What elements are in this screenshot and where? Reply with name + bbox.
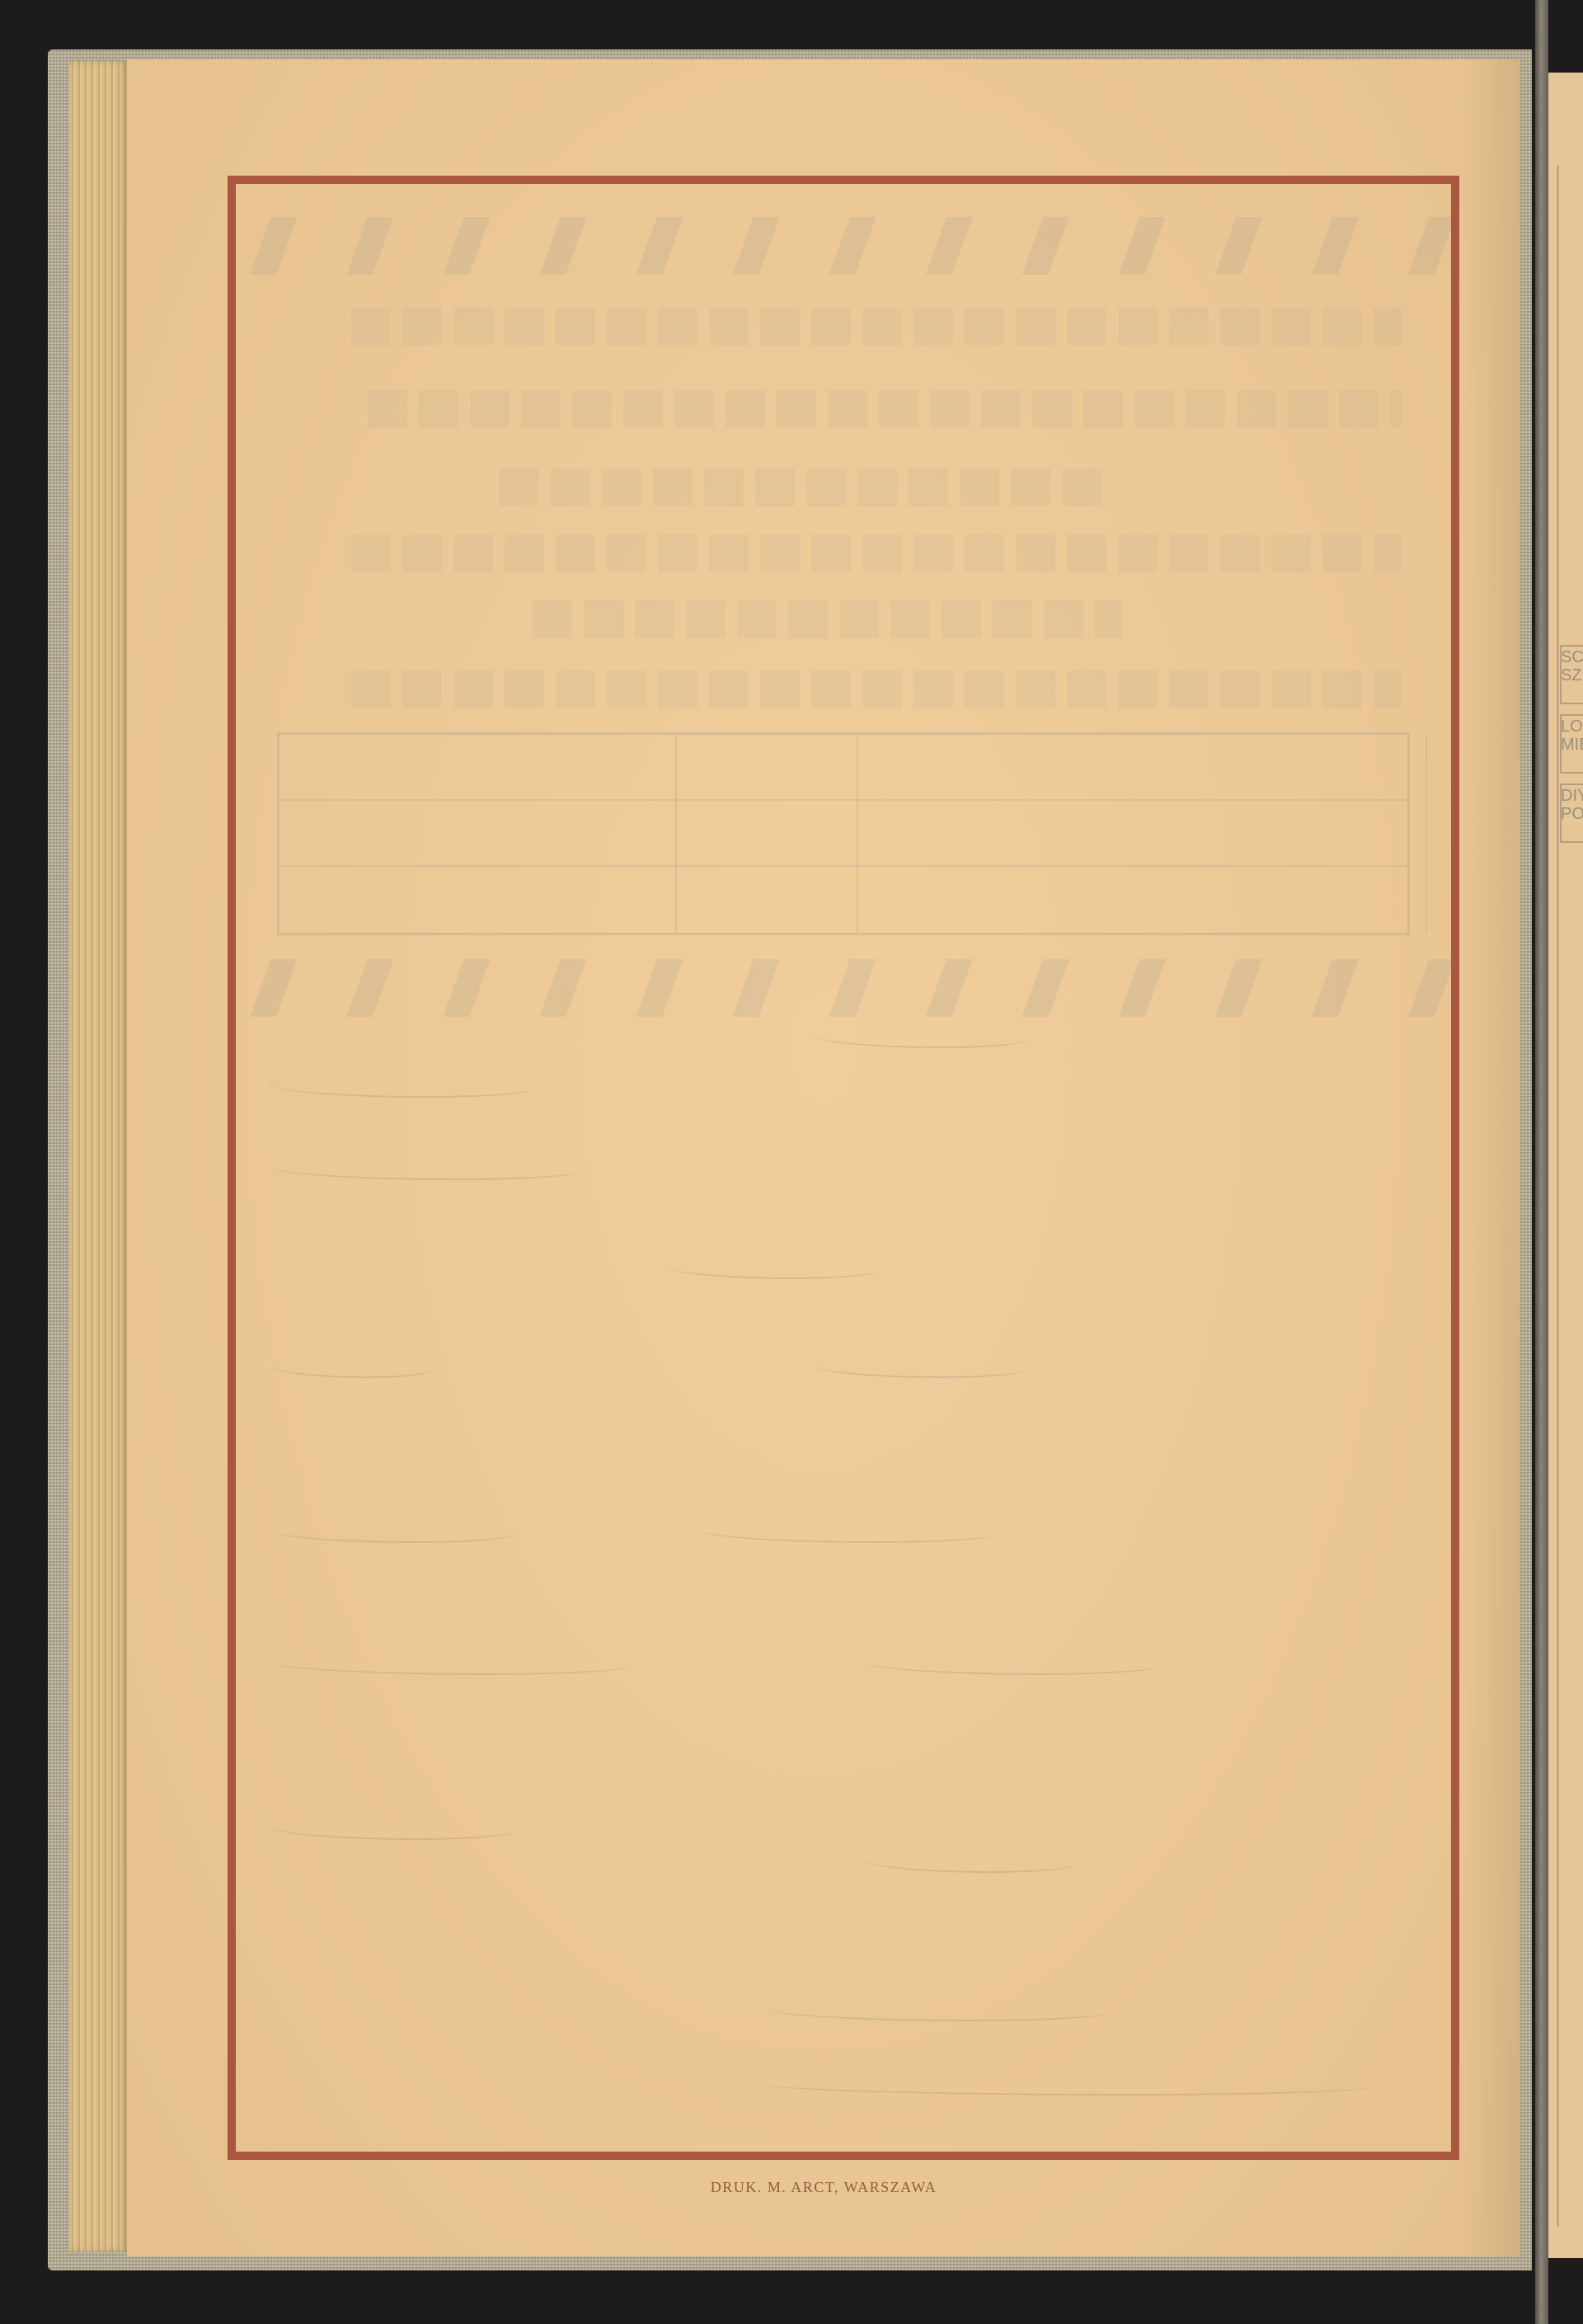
bleed-through-handwriting: [269, 1520, 516, 1543]
adjacent-page-fragment: SCH: [1561, 648, 1583, 666]
bleed-through-handwriting: [862, 1850, 1077, 1873]
bleed-through-text-line: [351, 534, 1402, 572]
bleed-through-ornament-top: [236, 217, 1451, 275]
bleed-through-handwriting: [269, 1652, 632, 1675]
bleed-through-handwriting: [813, 1355, 1027, 1378]
bleed-through-text-line: [500, 468, 1105, 506]
adjacent-page-spine-shadow: [1535, 0, 1548, 2324]
bleed-through-handwriting: [269, 1075, 533, 1098]
adjacent-page-fragment: DIY: [1561, 787, 1583, 805]
bleed-through-text-line: [533, 600, 1121, 638]
decorative-frame-border: [228, 176, 1459, 2160]
bleed-through-handwriting: [665, 1256, 879, 1279]
bleed-through-text-line: [351, 308, 1402, 346]
bleed-through-handwriting: [862, 1652, 1159, 1675]
printer-imprint: DRUK. M. ARCT, WARSZAWA: [127, 2179, 1520, 2196]
adjacent-page-fragment: MIE: [1561, 736, 1583, 754]
bleed-through-handwriting: [698, 1520, 994, 1543]
adjacent-page-fragment: PO: [1561, 805, 1583, 823]
bleed-through-ornament-bottom: [236, 959, 1451, 1017]
bleed-through-handwriting: [269, 1157, 582, 1180]
book-page: DRUK. M. ARCT, WARSZAWA: [127, 59, 1520, 2256]
bleed-through-handwriting: [269, 1817, 516, 1840]
adjacent-page-fragment: LOG: [1561, 717, 1583, 736]
page-fore-edge-stack: [69, 61, 129, 2251]
adjacent-page-frame: [1557, 165, 1583, 2227]
bleed-through-handwriting: [747, 2072, 1374, 2096]
gutter-shadow: [1463, 59, 1520, 2256]
bleed-through-table: [277, 732, 1410, 935]
adjacent-page-fragment: SZK: [1561, 666, 1583, 684]
bleed-through-handwriting: [269, 1355, 434, 1378]
bleed-through-text-line: [351, 670, 1402, 708]
bleed-through-text-line: [368, 390, 1402, 428]
bleed-through-handwriting: [813, 1025, 1027, 1048]
bleed-through-handwriting: [763, 1998, 1110, 2021]
